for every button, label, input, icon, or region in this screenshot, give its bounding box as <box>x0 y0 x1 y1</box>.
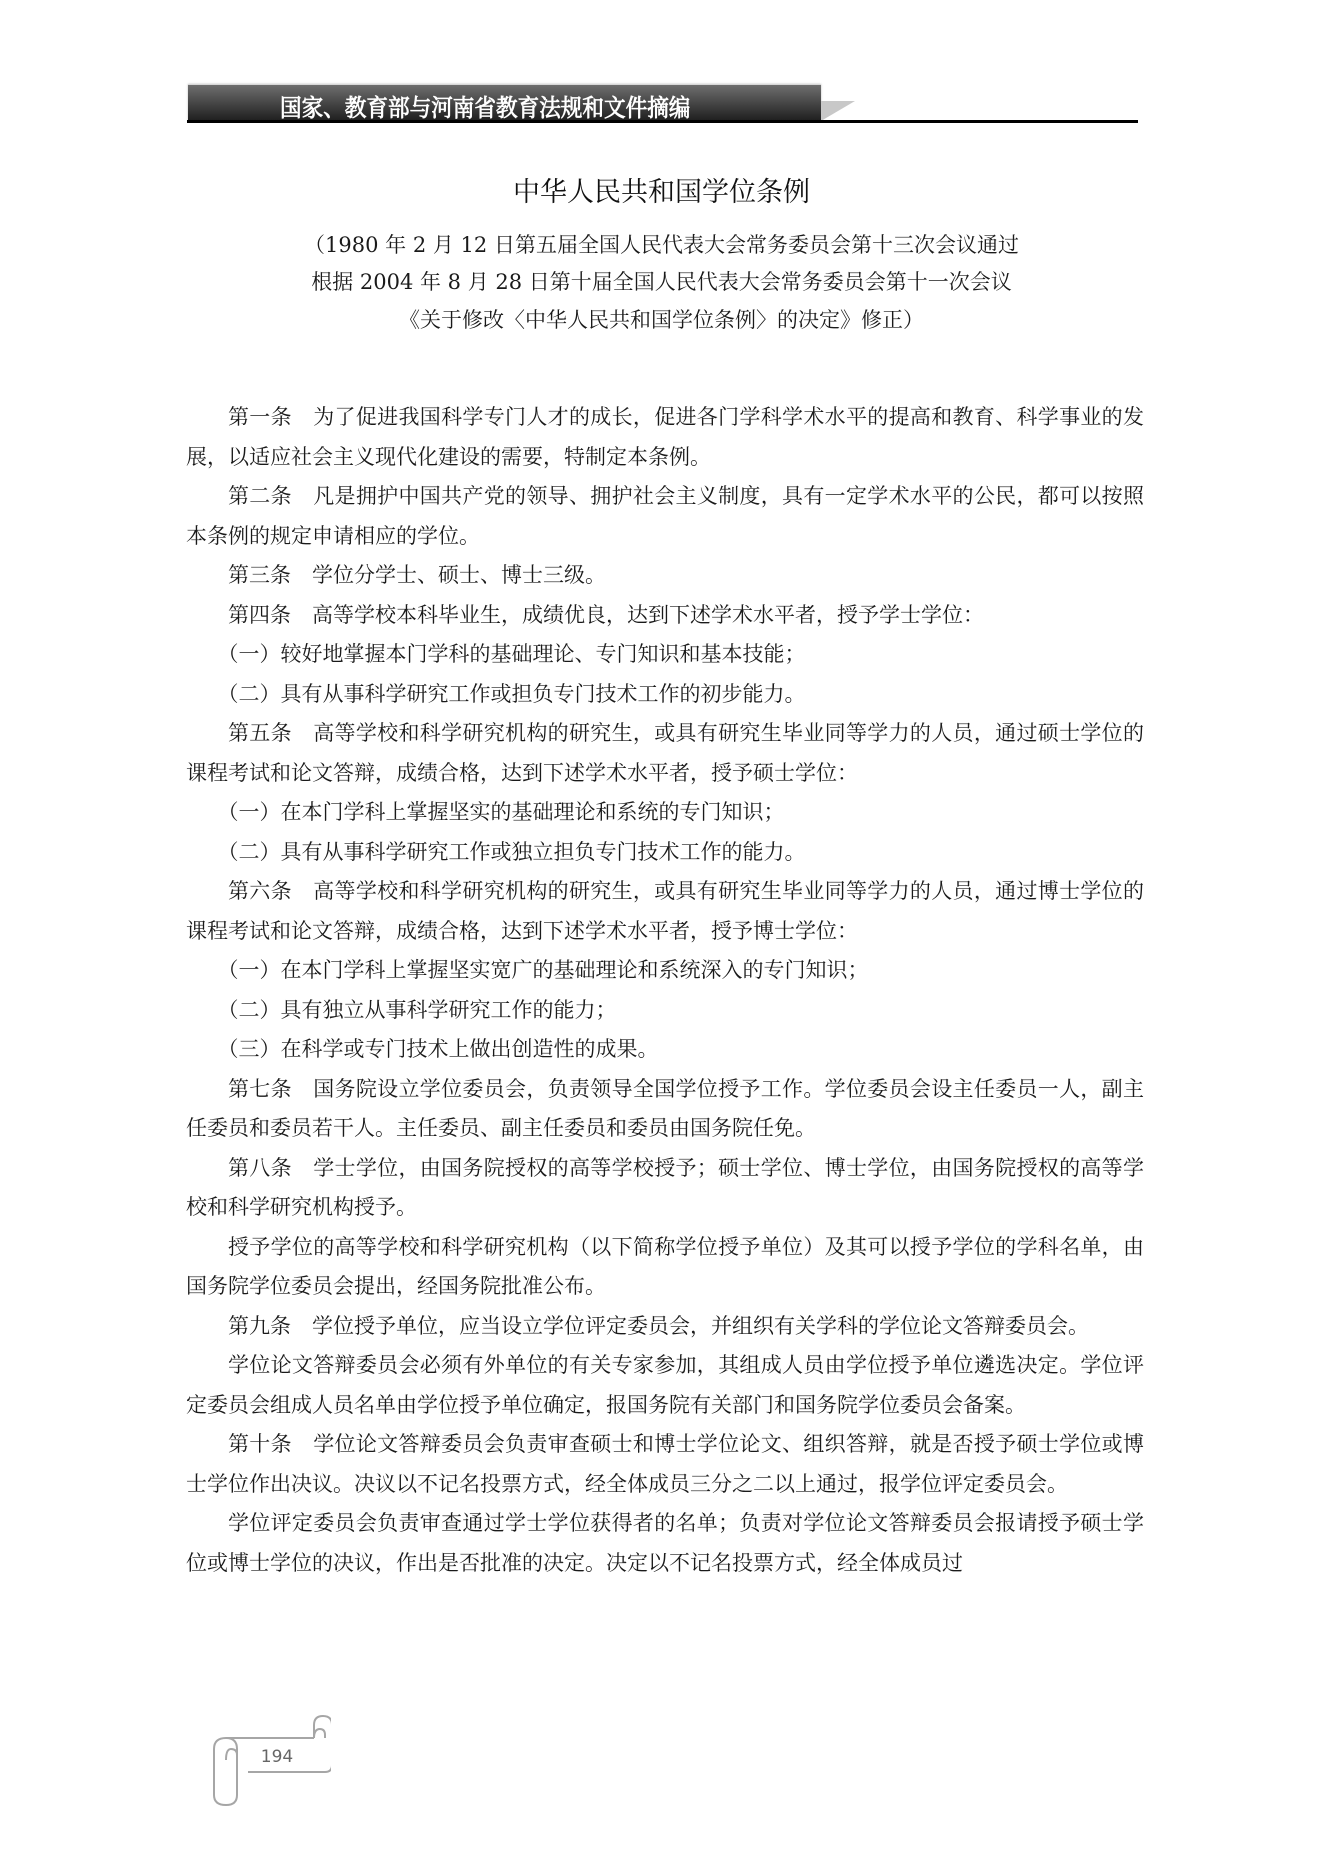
article-8-para-2: 授予学位的高等学校和科学研究机构（以下简称学位授予单位）及其可以授予学位的学科名… <box>186 1228 1144 1307</box>
header-banner-tail <box>821 101 855 121</box>
document-body: 第一条 为了促进我国科学专门人才的成长，促进各门学科学术水平的提高和教育、科学事… <box>186 398 1144 1583</box>
article-4: 第四条 高等学校本科毕业生，成绩优良，达到下述学术水平者，授予学士学位： <box>186 596 1144 636</box>
header-banner: 国家、教育部与河南省教育法规和文件摘编 <box>188 84 821 121</box>
book-title: 国家、教育部与河南省教育法规和文件摘编 <box>280 88 690 123</box>
article-4-item-1: （一）较好地掌握本门学科的基础理论、专门知识和基本技能； <box>186 635 1144 675</box>
article-3: 第三条 学位分学士、硕士、博士三级。 <box>186 556 1144 596</box>
article-6-item-1: （一）在本门学科上掌握坚实宽广的基础理论和系统深入的专门知识； <box>186 951 1144 991</box>
article-8: 第八条 学士学位，由国务院授权的高等学校授予；硕士学位、博士学位，由国务院授权的… <box>186 1149 1144 1228</box>
article-10-para-2: 学位评定委员会负责审查通过学士学位获得者的名单；负责对学位论文答辩委员会报请授予… <box>186 1504 1144 1583</box>
article-10: 第十条 学位论文答辩委员会负责审查硕士和博士学位论文、组织答辩，就是否授予硕士学… <box>186 1425 1144 1504</box>
article-6-item-2: （二）具有独立从事科学研究工作的能力； <box>186 991 1144 1031</box>
article-9: 第九条 学位授予单位，应当设立学位评定委员会，并组织有关学科的学位论文答辩委员会… <box>186 1307 1144 1347</box>
header-rule <box>187 120 1138 123</box>
article-1: 第一条 为了促进我国科学专门人才的成长，促进各门学科学术水平的提高和教育、科学事… <box>186 398 1144 477</box>
article-9-para-2: 学位论文答辩委员会必须有外单位的有关专家参加，其组成人员由学位授予单位遴选决定。… <box>186 1346 1144 1425</box>
article-5-item-1: （一）在本门学科上掌握坚实的基础理论和系统的专门知识； <box>186 793 1144 833</box>
article-6: 第六条 高等学校和科学研究机构的研究生，或具有研究生毕业同等学力的人员，通过博士… <box>186 872 1144 951</box>
article-2: 第二条 凡是拥护中国共产党的领导、拥护社会主义制度，具有一定学术水平的公民，都可… <box>186 477 1144 556</box>
subtitle-line-1: （1980 年 2 月 12 日第五届全国人民代表大会常务委员会第十三次会议通过 <box>0 229 1323 259</box>
article-5-item-2: （二）具有从事科学研究工作或独立担负专门技术工作的能力。 <box>186 833 1144 873</box>
article-7: 第七条 国务院设立学位委员会，负责领导全国学位授予工作。学位委员会设主任委员一人… <box>186 1070 1144 1149</box>
article-4-item-2: （二）具有从事科学研究工作或担负专门技术工作的初步能力。 <box>186 675 1144 715</box>
article-5: 第五条 高等学校和科学研究机构的研究生，或具有研究生毕业同等学力的人员，通过硕士… <box>186 714 1144 793</box>
subtitle-line-3: 《关于修改〈中华人民共和国学位条例〉的决定》修正） <box>0 304 1323 334</box>
article-6-item-3: （三）在科学或专门技术上做出创造性的成果。 <box>186 1030 1144 1070</box>
page-number: 194 <box>252 1747 302 1767</box>
document-title: 中华人民共和国学位条例 <box>0 170 1323 209</box>
page-number-badge: 194 <box>206 1713 331 1808</box>
subtitle-line-2: 根据 2004 年 8 月 28 日第十届全国人民代表大会常务委员会第十一次会议 <box>0 266 1323 296</box>
